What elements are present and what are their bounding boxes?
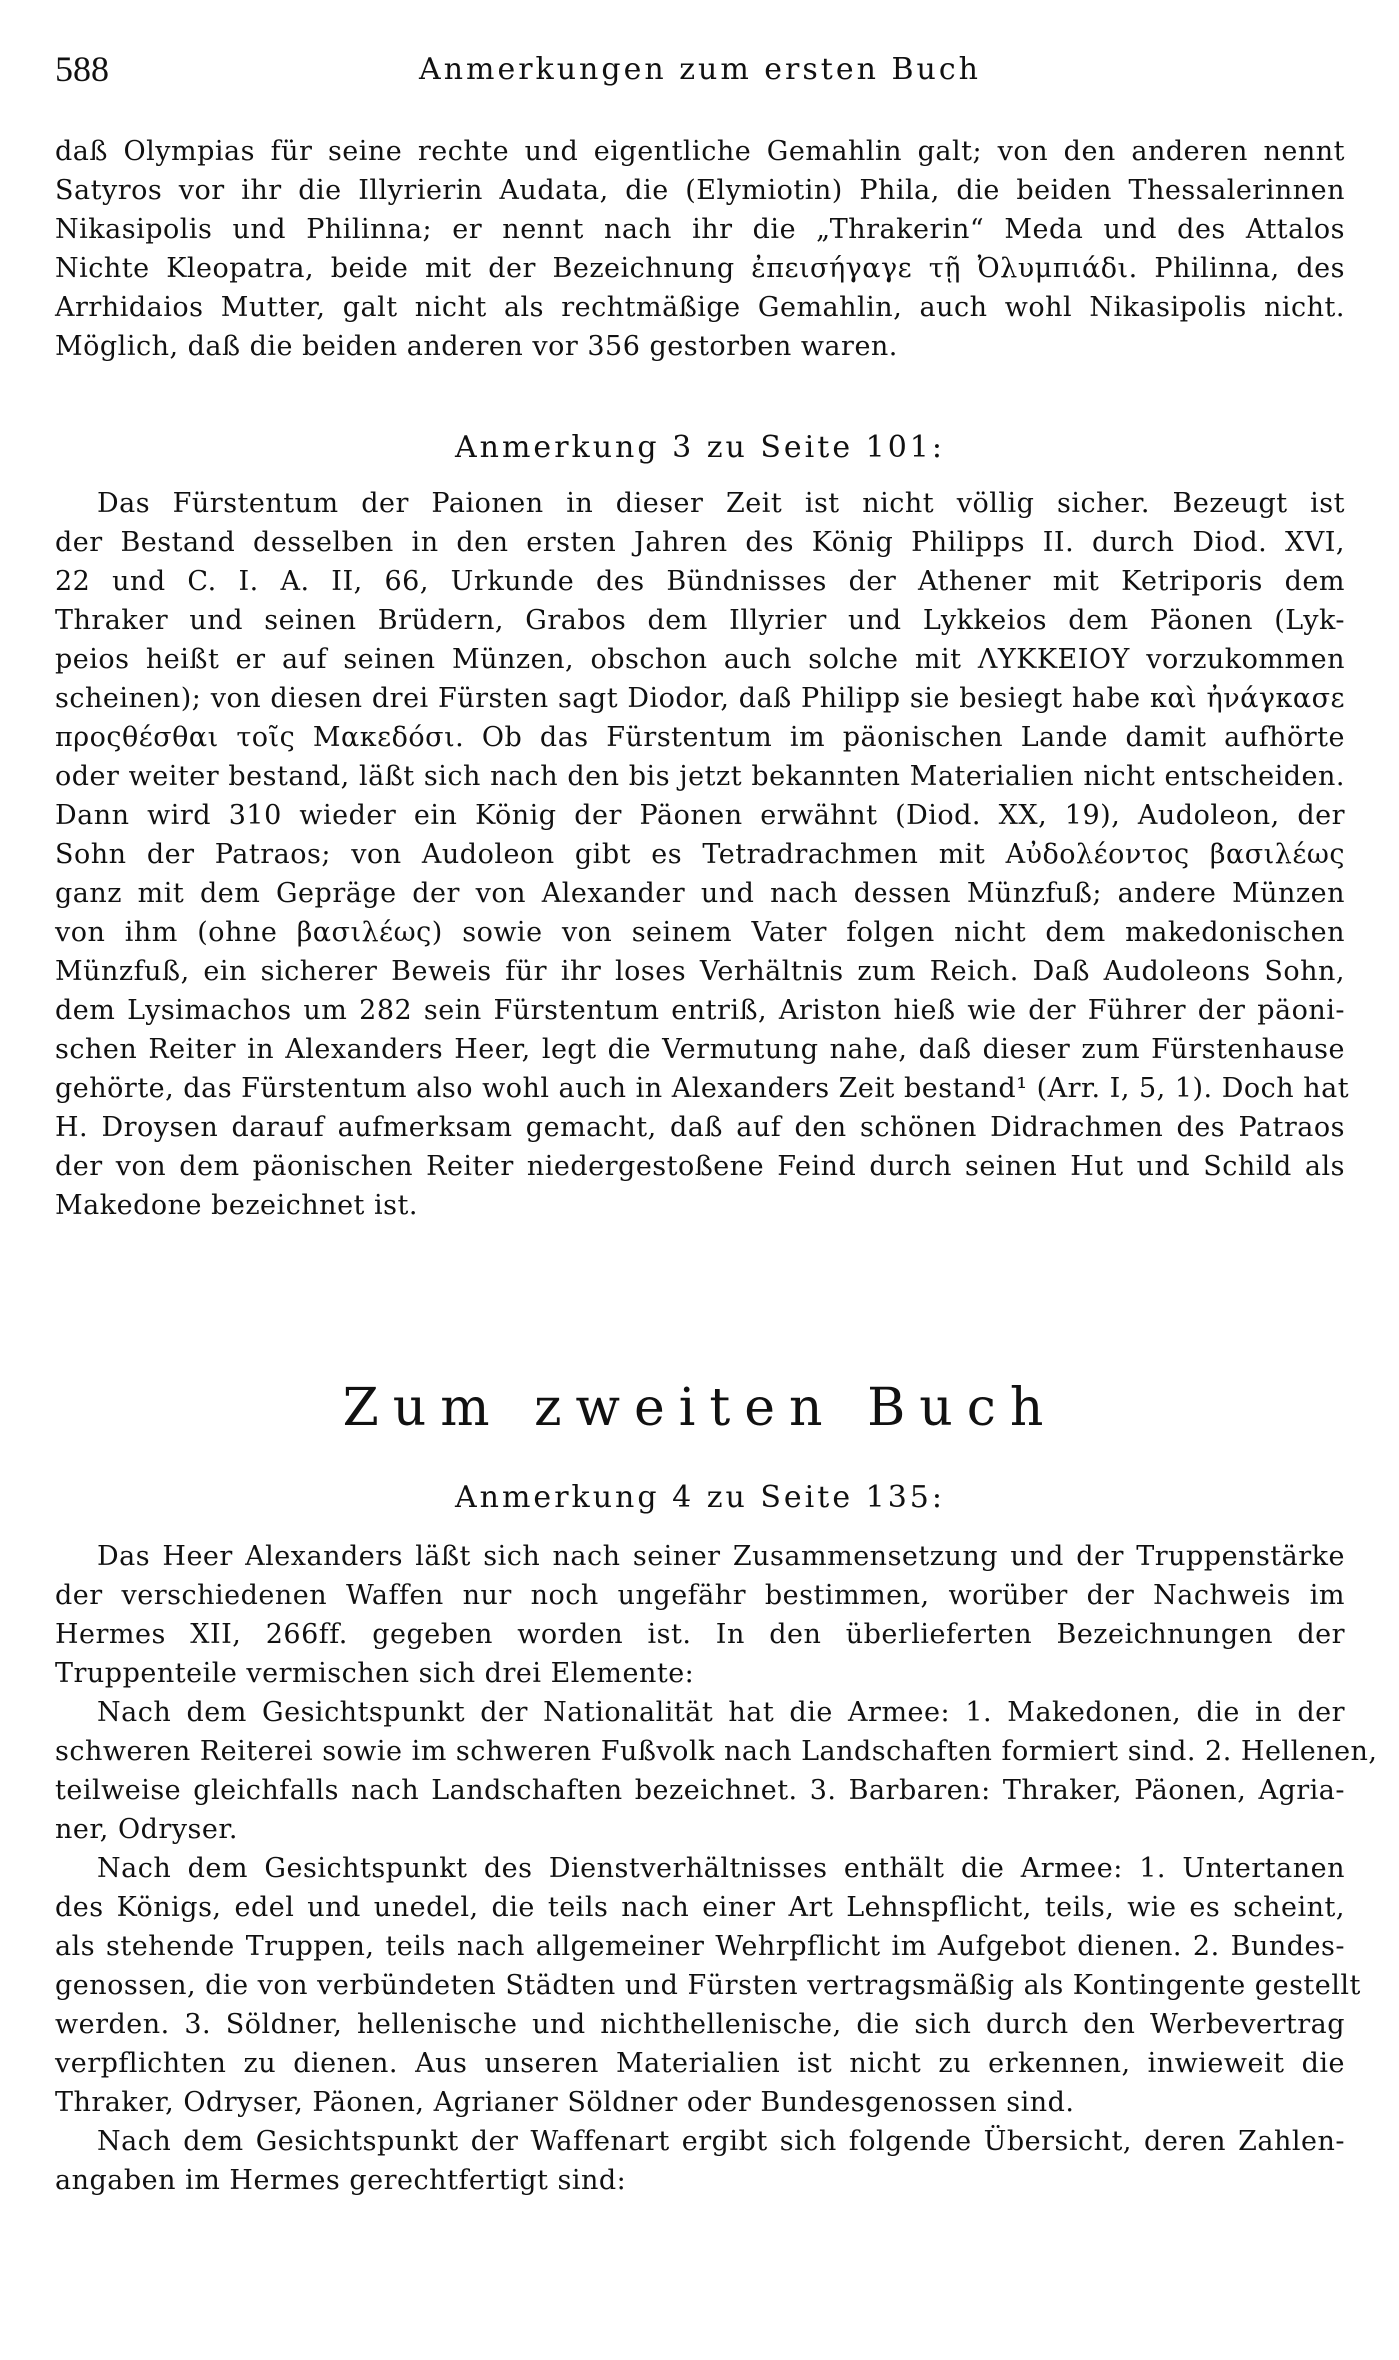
text-line: Dann wird 310 wieder ein König der Päone… xyxy=(55,796,1345,835)
running-title: Anmerkungen zum ersten Buch xyxy=(55,52,1345,87)
text-line: daß Olympias für seine rechte und eigent… xyxy=(55,132,1345,171)
text-line: Nach dem Gesichtspunkt des Dienstverhält… xyxy=(55,1849,1345,1888)
text-line: ganz mit dem Gepräge der von Alexander u… xyxy=(55,874,1345,913)
text-line: Thraker und seinen Brüdern, Grabos dem I… xyxy=(55,601,1345,640)
text-line: H. Droysen darauf aufmerksam gemacht, da… xyxy=(55,1108,1345,1147)
text-line: werden. 3. Söldner, hellenische und nich… xyxy=(55,2005,1345,2044)
note-3-body: Das Fürstentum der Paionen in dieser Zei… xyxy=(55,484,1345,1225)
text-line: des Königs, edel und unedel, die teils n… xyxy=(55,1888,1345,1927)
text-line: angaben im Hermes gerechtfertigt sind: xyxy=(55,2161,1345,2200)
text-line: oder weiter bestand, läßt sich nach den … xyxy=(55,757,1345,796)
text-line: Das Heer Alexanders läßt sich nach seine… xyxy=(55,1537,1345,1576)
text-line: dem Lysimachos um 282 sein Fürstentum en… xyxy=(55,991,1345,1030)
text-line: der von dem päonischen Reiter niedergest… xyxy=(55,1147,1345,1186)
book-2-heading: Zum zweiten Buch xyxy=(55,1378,1345,1438)
text-line: genossen, die von verbündeten Städten un… xyxy=(55,1966,1345,2005)
text-line: der verschiedenen Waffen nur noch ungefä… xyxy=(55,1576,1345,1615)
text-line: Nach dem Gesichtspunkt der Nationalität … xyxy=(55,1693,1345,1732)
text-line: Nach dem Gesichtspunkt der Waffenart erg… xyxy=(55,2122,1345,2161)
text-line: scheinen); von diesen drei Fürsten sagt … xyxy=(55,679,1345,718)
text-line: Thraker, Odryser, Päonen, Agrianer Söldn… xyxy=(55,2083,1345,2122)
paragraph-continuation: daß Olympias für seine rechte und eigent… xyxy=(55,132,1345,366)
text-line: als stehende Truppen, teils nach allgeme… xyxy=(55,1927,1345,1966)
text-line: schweren Reiterei sowie im schweren Fußv… xyxy=(55,1732,1345,1771)
text-line: Sohn der Patraos; von Audoleon gibt es T… xyxy=(55,835,1345,874)
text-line: Hermes XII, 266ff. gegeben worden ist. I… xyxy=(55,1615,1345,1654)
note-3-heading: Anmerkung 3 zu Seite 101: xyxy=(55,430,1345,465)
text-line: von ihm (ohne βασιλέως) sowie von seinem… xyxy=(55,913,1345,952)
text-line: verpflichten zu dienen. Aus unseren Mate… xyxy=(55,2044,1345,2083)
text-line: 22 und C. I. A. II, 66, Urkunde des Bünd… xyxy=(55,562,1345,601)
text-line: peios heißt er auf seinen Münzen, obscho… xyxy=(55,640,1345,679)
text-line: Makedone bezeichnet ist. xyxy=(55,1186,1345,1225)
text-line: Truppenteile vermischen sich drei Elemen… xyxy=(55,1654,1345,1693)
text-line: gehörte, das Fürstentum also wohl auch i… xyxy=(55,1069,1345,1108)
text-line: προςθέσθαι τοῖς Μακεδόσι. Ob das Fürsten… xyxy=(55,718,1345,757)
text-line: Arrhidaios Mutter, galt nicht als rechtm… xyxy=(55,288,1345,327)
text-line: Nikasipolis und Philinna; er nennt nach … xyxy=(55,210,1345,249)
text-line: ner, Odryser. xyxy=(55,1810,1345,1849)
text-line: Das Fürstentum der Paionen in dieser Zei… xyxy=(55,484,1345,523)
text-line: Nichte Kleopatra, beide mit der Bezeichn… xyxy=(55,249,1345,288)
text-line: Münzfuß, ein sicherer Beweis für ihr los… xyxy=(55,952,1345,991)
note-4-body: Das Heer Alexanders läßt sich nach seine… xyxy=(55,1537,1345,2200)
text-line: teilweise gleichfalls nach Landschaften … xyxy=(55,1771,1345,1810)
text-line: Satyros vor ihr die Illyrierin Audata, d… xyxy=(55,171,1345,210)
text-line: der Bestand desselben in den ersten Jahr… xyxy=(55,523,1345,562)
note-4-heading: Anmerkung 4 zu Seite 135: xyxy=(55,1480,1345,1515)
running-head: 588 Anmerkungen zum ersten Buch xyxy=(55,48,1345,98)
text-line: Möglich, daß die beiden anderen vor 356 … xyxy=(55,327,1345,366)
text-line: schen Reiter in Alexanders Heer, legt di… xyxy=(55,1030,1345,1069)
